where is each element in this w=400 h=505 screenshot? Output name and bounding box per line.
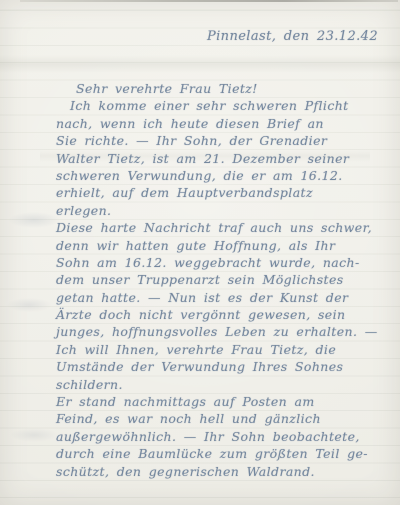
letter-line: Sie richte. — Ihr Sohn, der Grenadier bbox=[56, 132, 390, 149]
letter-line: Er stand nachmittags auf Posten am bbox=[56, 393, 390, 410]
letter-salutation: Sehr verehrte Frau Tietz! bbox=[76, 80, 390, 97]
letter-line: schildern. bbox=[56, 376, 390, 393]
letter-line: Umstände der Verwundung Ihres Sohnes bbox=[56, 358, 390, 375]
letter-line: Ärzte doch nicht vergönnt gewesen, sein bbox=[56, 306, 390, 323]
letter-line: Sohn am 16.12. weggebracht wurde, nach- bbox=[56, 254, 390, 271]
paper-smudge bbox=[0, 55, 400, 73]
letter-line: dem unser Truppenarzt sein Möglichstes bbox=[56, 271, 390, 288]
letter-line: nach, wenn ich heute diesen Brief an bbox=[56, 115, 390, 132]
letter-line: Ich will Ihnen, verehrte Frau Tietz, die bbox=[56, 341, 390, 358]
letter-line: schützt, den gegnerischen Waldrand. bbox=[56, 463, 390, 480]
letter-line: schweren Verwundung, die er am 16.12. bbox=[56, 167, 390, 184]
letter-body: Sehr verehrte Frau Tietz! Ich komme eine… bbox=[0, 80, 390, 480]
letter-line: getan hatte. — Nun ist es der Kunst der bbox=[56, 289, 390, 306]
letter-page: Pinnelast, den 23.12.42 Sehr verehrte Fr… bbox=[0, 0, 400, 505]
scan-edge-artifact bbox=[20, 0, 398, 2]
letter-line: denn wir hatten gute Hoffnung, als Ihr bbox=[56, 237, 390, 254]
letter-line: außergewöhnlich. — Ihr Sohn beobachtete, bbox=[56, 428, 390, 445]
letter-line: Feind, es war noch hell und gänzlich bbox=[56, 410, 390, 427]
letter-line: erlegen. bbox=[56, 202, 390, 219]
letter-line: Ich komme einer sehr schweren Pflicht bbox=[70, 97, 390, 114]
letter-line: Walter Tietz, ist am 21. Dezember seiner bbox=[56, 150, 390, 167]
letter-line: junges, hoffnungsvolles Leben zu erhalte… bbox=[56, 323, 390, 340]
letter-place-date: Pinnelast, den 23.12.42 bbox=[207, 29, 378, 44]
letter-line: erhielt, auf dem Hauptverbandsplatz bbox=[56, 184, 390, 201]
letter-line: durch eine Baumlücke zum größten Teil ge… bbox=[56, 445, 390, 462]
letter-line: Diese harte Nachricht traf auch uns schw… bbox=[56, 219, 390, 236]
